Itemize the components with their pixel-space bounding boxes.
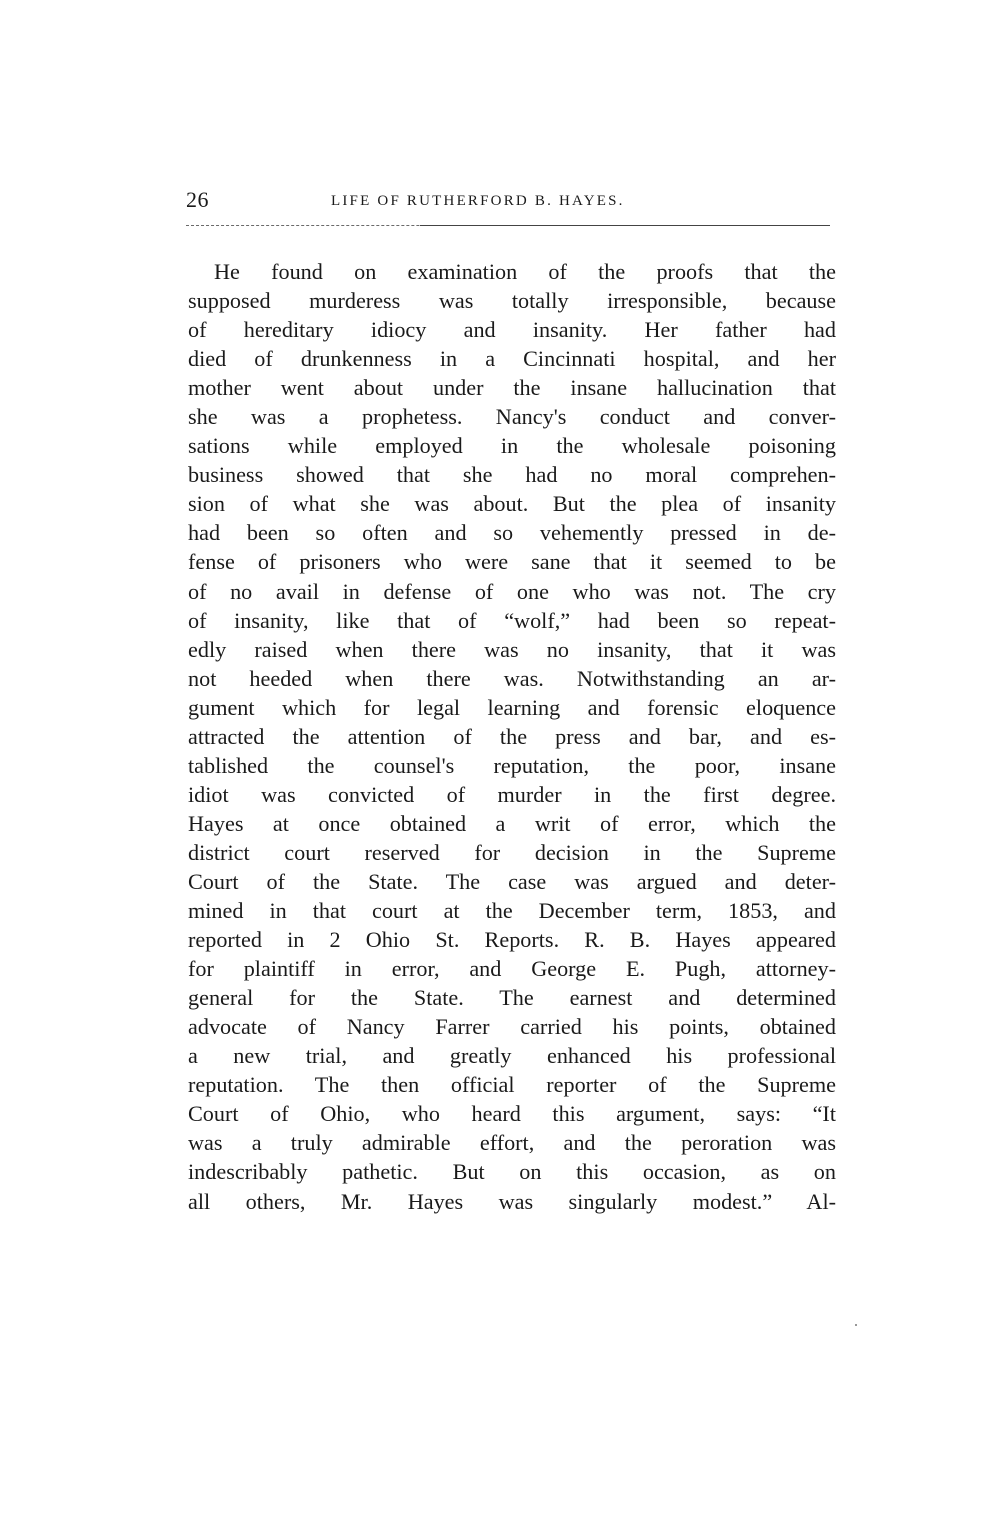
text-line: indescribably pathetic. But on this occa… [188, 1157, 836, 1186]
text-line: district court reserved for decision in … [188, 838, 836, 867]
book-page: 26 LIFE OF RUTHERFORD B. HAYES. He found… [0, 0, 1000, 1517]
text-line: not heeded when there was. Notwithstandi… [188, 664, 836, 693]
text-line: gument which for legal learning and fore… [188, 693, 836, 722]
text-line: mined in that court at the December term… [188, 896, 836, 925]
text-line: Court of the State. The case was argued … [188, 867, 836, 896]
text-line: reputation. The then official reporter o… [188, 1070, 836, 1099]
text-line: idiot was convicted of murder in the fir… [188, 780, 836, 809]
text-line: supposed murderess was totally irrespons… [188, 286, 836, 315]
text-line: was a truly admirable effort, and the pe… [188, 1128, 836, 1157]
text-line: died of drunkenness in a Cincinnati hosp… [188, 344, 836, 373]
text-line: He found on examination of the proofs th… [188, 257, 836, 286]
page-number: 26 [186, 186, 209, 214]
text-line: of no avail in defense of one who was no… [188, 577, 836, 606]
text-line: mother went about under the insane hallu… [188, 373, 836, 402]
text-line: of insanity, like that of “wolf,” had be… [188, 606, 836, 635]
text-line: Hayes at once obtained a writ of error, … [188, 809, 836, 838]
text-line: fense of prisoners who were sane that it… [188, 547, 836, 576]
text-line: all others, Mr. Hayes was singularly mod… [188, 1187, 836, 1216]
text-line: advocate of Nancy Farrer carried his poi… [188, 1012, 836, 1041]
text-line: attracted the attention of the press and… [188, 722, 836, 751]
text-line: edly raised when there was no insanity, … [188, 635, 836, 664]
text-line: general for the State. The earnest and d… [188, 983, 836, 1012]
text-line: tablished the counsel's reputation, the … [188, 751, 836, 780]
text-line: sations while employed in the wholesale … [188, 431, 836, 460]
body-paragraph: He found on examination of the proofs th… [188, 257, 836, 1216]
scan-speck [855, 1324, 857, 1326]
text-line: of hereditary idiocy and insanity. Her f… [188, 315, 836, 344]
text-line: reported in 2 Ohio St. Reports. R. B. Ha… [188, 925, 836, 954]
text-line: she was a prophetess. Nancy's conduct an… [188, 402, 836, 431]
text-line: sion of what she was about. But the plea… [188, 489, 836, 518]
running-head: 26 LIFE OF RUTHERFORD B. HAYES. [186, 186, 836, 214]
header-rule-solid [420, 225, 830, 226]
text-line: had been so often and so vehemently pres… [188, 518, 836, 547]
text-line: for plaintiff in error, and George E. Pu… [188, 954, 836, 983]
running-title: LIFE OF RUTHERFORD B. HAYES. [331, 189, 625, 213]
text-line: a new trial, and greatly enhanced his pr… [188, 1041, 836, 1070]
text-line: Court of Ohio, who heard this argument, … [188, 1099, 836, 1128]
text-line: business showed that she had no moral co… [188, 460, 836, 489]
